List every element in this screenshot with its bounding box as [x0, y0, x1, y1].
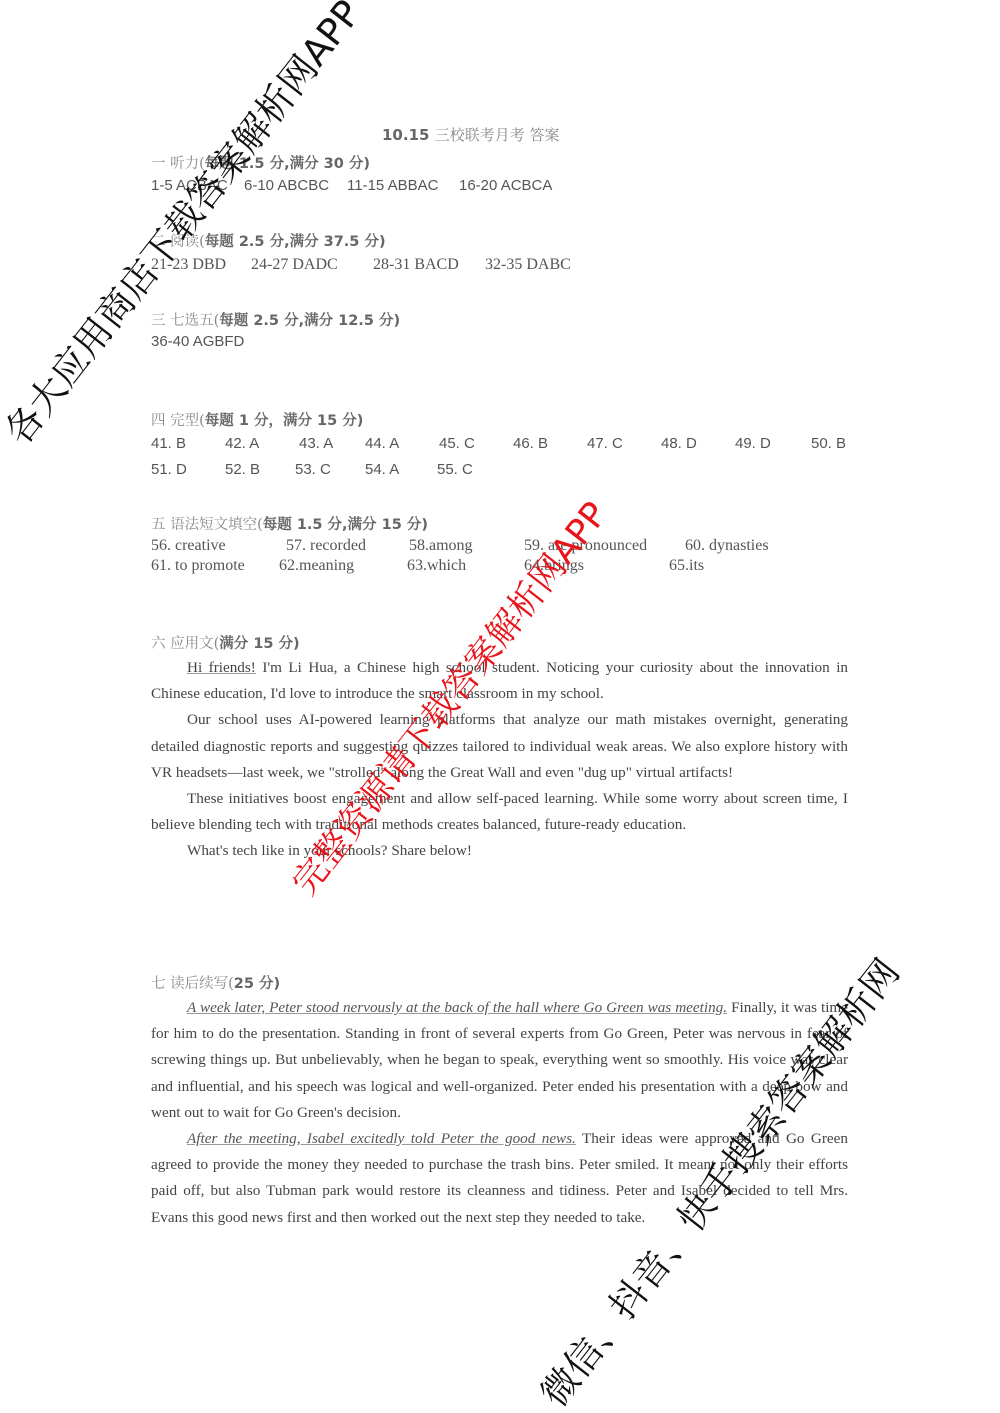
reading-answers: 21-23 DBD 24-27 DADC 28-31 BACD 32-35 DA… — [151, 256, 851, 276]
answer: 52. B — [225, 461, 260, 478]
cloze-answers-row-1: 41. B 42. A 43. A 44. A 45. C 46. B 47. … — [151, 435, 861, 455]
heading-points: 每题 1 分，满分 15 分) — [205, 413, 364, 429]
answer: 42. A — [225, 435, 259, 452]
document-title: 10.15 三校联考月考 答案 — [382, 124, 559, 145]
answer-group: 36-40 AGBFD — [151, 333, 244, 350]
section-grammar-heading: 五 语法短文填空(每题 1.5 分,满分 15 分) — [151, 513, 428, 534]
answer: 45. C — [439, 435, 475, 452]
answer: 65.its — [669, 557, 704, 575]
essay-paragraph: Our school uses AI-powered learning plat… — [151, 707, 848, 786]
heading-points: 25 分) — [234, 976, 280, 992]
essay-paragraph: These initiatives boost engagement and a… — [151, 786, 848, 838]
section-practical-writing-heading: 六 应用文(满分 15 分) — [151, 632, 300, 653]
answer: 44. A — [365, 435, 399, 452]
answer: 46. B — [513, 435, 548, 452]
answer: 49. D — [735, 435, 771, 452]
heading-label: 五 语法短文填空( — [151, 517, 263, 533]
section-seven-five-heading: 三 七选五(每题 2.5 分,满分 12.5 分) — [151, 309, 400, 330]
answer-group: 24-27 DADC — [251, 256, 338, 274]
grammar-answers-row-2: 61. to promote 62.meaning 63.which 64.br… — [151, 557, 851, 577]
listening-answers: 1-5 ACBAC 6-10 ABCBC 11-15 ABBAC 16-20 A… — [151, 177, 851, 197]
answer: 60. dynasties — [685, 537, 769, 555]
heading-label: 七 读后续写( — [151, 976, 234, 992]
answer-group: 6-10 ABCBC — [244, 177, 329, 194]
answer: 54. A — [365, 461, 399, 478]
answer: 58.among — [409, 537, 473, 555]
essay-paragraph: What's tech like in your schools? Share … — [151, 838, 848, 864]
answer: 43. A — [299, 435, 333, 452]
heading-points: 每题 2.5 分,满分 37.5 分) — [205, 234, 386, 250]
answer: 55. C — [437, 461, 473, 478]
practical-writing-essay: Hi friends! I'm Li Hua, a Chinese high s… — [151, 655, 848, 865]
section-cloze-heading: 四 完型(每题 1 分，满分 15 分) — [151, 409, 363, 430]
given-opening-sentence: A week later, Peter stood nervously at t… — [187, 999, 727, 1016]
heading-label: 三 七选五( — [151, 313, 219, 329]
answer: 61. to promote — [151, 557, 245, 575]
answer: 63.which — [407, 557, 466, 575]
given-opening-sentence: After the meeting, Isabel excitedly told… — [187, 1130, 576, 1147]
answer-key-page: 10.15 三校联考月考 答案 一 听力(每题 1.5 分,满分 30 分) 1… — [0, 0, 1000, 1413]
heading-points: 每题 1.5 分,满分 15 分) — [263, 517, 428, 533]
answer: 41. B — [151, 435, 186, 452]
greeting: Hi friends! — [187, 659, 256, 676]
watermark-top-left: 各大应用商店下载答案解析网APP — [0, 0, 371, 454]
answer: 48. D — [661, 435, 697, 452]
title-text: 三校联考月考 答案 — [435, 126, 560, 144]
title-number: 10.15 — [382, 126, 429, 144]
answer: 62.meaning — [279, 557, 354, 575]
seven-five-answers: 36-40 AGBFD — [151, 333, 244, 350]
cloze-answers-row-2: 51. D 52. B 53. C 54. A 55. C — [151, 461, 861, 481]
answer: 57. recorded — [286, 537, 366, 555]
answer-group: 28-31 BACD — [373, 256, 459, 274]
grammar-answers-row-1: 56. creative 57. recorded 58.among 59. a… — [151, 537, 851, 557]
answer: 53. C — [295, 461, 331, 478]
heading-points: 满分 15 分) — [219, 636, 299, 652]
answer: 56. creative — [151, 537, 226, 555]
answer: 47. C — [587, 435, 623, 452]
answer-group: 16-20 ACBCA — [459, 177, 552, 194]
section-continuation-heading: 七 读后续写(25 分) — [151, 972, 280, 993]
answer: 51. D — [151, 461, 187, 478]
answer-group: 32-35 DABC — [485, 256, 571, 274]
answer-group: 11-15 ABBAC — [347, 177, 438, 194]
answer: 50. B — [811, 435, 846, 452]
heading-label: 六 应用文( — [151, 636, 219, 652]
heading-label: 四 完型( — [151, 413, 205, 429]
heading-points: 每题 2.5 分,满分 12.5 分) — [219, 313, 400, 329]
